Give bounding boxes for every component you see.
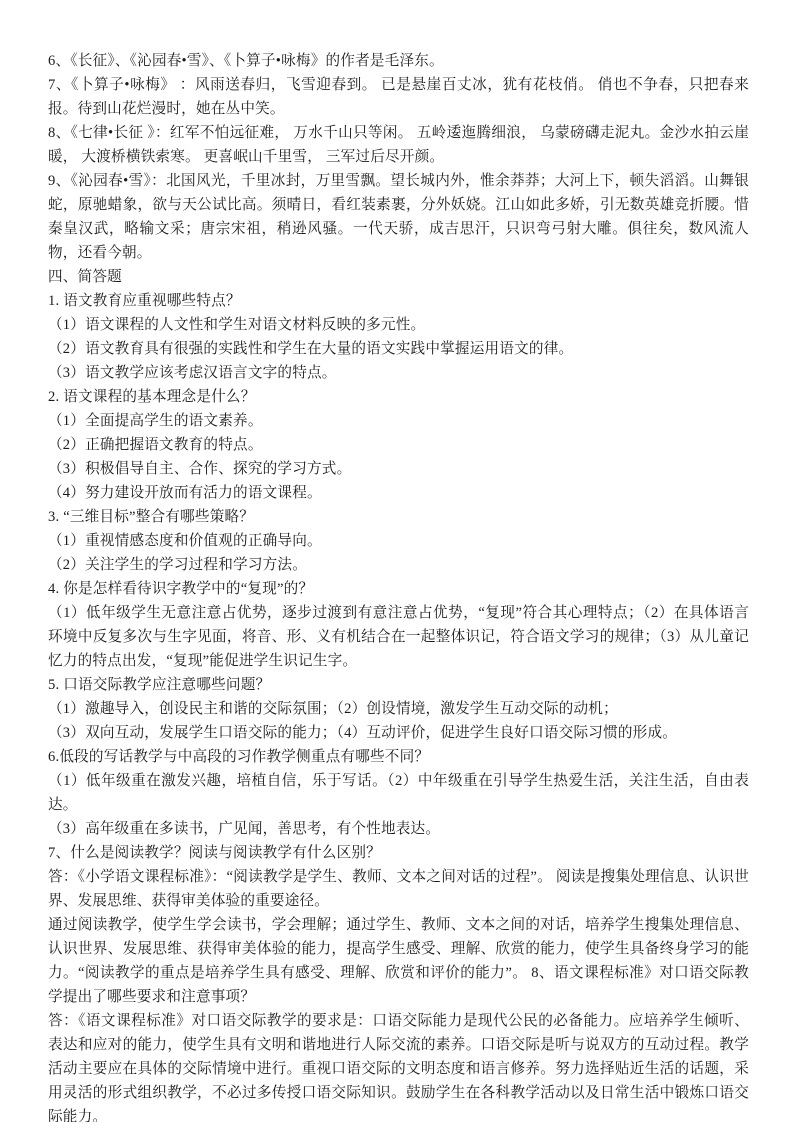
question-2-answer-point-3: （3）积极倡导自主、合作、探究的学习方式。 <box>48 457 749 481</box>
question-6: 6.低段的写话教学与中高段的习作教学侧重点有哪些不同？ <box>48 745 749 769</box>
question-3-answer-point-1: （1）重视情感态度和价值观的正确导向。 <box>48 529 749 553</box>
question-2: 2. 语文课程的基本理念是什么？ <box>48 385 749 409</box>
question-7: 7、什么是阅读教学？阅读与阅读教学有什么区别？ <box>48 841 749 865</box>
question-5-answer-points-3-4: （3）双向互动，发展学生口语交际的能力；（4）互动评价，促进学生良好口语交际习惯… <box>48 721 749 745</box>
item-7-poem-busuanzi: 7、《卜算子•咏梅》 ：风雨送春归，飞雪迎春到。 已是悬崖百丈冰，犹有花枝俏。 … <box>48 73 749 121</box>
question-1: 1. 语文教育应重视哪些特点？ <box>48 289 749 313</box>
question-2-answer-point-4: （4）努力建设开放而有活力的语文课程。 <box>48 481 749 505</box>
item-6-authors: 6、《长征》、《沁园春•雪》、《卜算子•咏梅》的作者是毛泽东。 <box>48 49 749 73</box>
question-4: 4. 你是怎样看待识字教学中的“复现”的？ <box>48 577 749 601</box>
question-3-answer-point-2: （2）关注学生的学习过程和学习方法。 <box>48 553 749 577</box>
question-1-answer-point-3: （3）语文教学应该考虑汉语言文字的特点。 <box>48 361 749 385</box>
question-5: 5. 口语交际教学应注意哪些问题？ <box>48 673 749 697</box>
document-text-body: 6、《长征》、《沁园春•雪》、《卜算子•咏梅》的作者是毛泽东。 7、《卜算子•咏… <box>48 49 749 1122</box>
question-7-answer-part-2-and-question-8: 通过阅读教学，使学生学会读书，学会理解；通过学生、教师、文本之间的对话，培养学生… <box>48 913 749 1009</box>
item-8-poem-changzheng: 8、《七律•长征 》：红军不怕远征难， 万水千山只等闲。 五岭逶迤腾细浪， 乌蒙… <box>48 121 749 169</box>
section-heading-short-answer: 四、简答题 <box>48 265 749 289</box>
question-1-answer-point-1: （1）语文课程的人文性和学生对语文材料反映的多元性。 <box>48 313 749 337</box>
question-8-answer: 答：《语文课程标准》对口语交际教学的要求是：口语交际能力是现代公民的必备能力。应… <box>48 1009 749 1122</box>
question-3: 3. “三维目标”整合有哪些策略？ <box>48 505 749 529</box>
document-page: 6、《长征》、《沁园春•雪》、《卜算子•咏梅》的作者是毛泽东。 7、《卜算子•咏… <box>0 0 793 1122</box>
question-6-answer-point-3: （3）高年级重在多读书，广见闻，善思考，有个性地表达。 <box>48 817 749 841</box>
question-4-answer: （1）低年级学生无意注意占优势，逐步过渡到有意注意占优势，“复现”符合其心理特点… <box>48 601 749 673</box>
item-9-poem-qinyuanchun-xue: 9、《沁园春•雪》：北国风光，千里冰封，万里雪飘。望长城内外，惟余莽莽；大河上下… <box>48 169 749 265</box>
question-5-answer-points-1-2: （1）激趣导入，创设民主和谐的交际氛围；（2）创设情境，激发学生互动交际的动机； <box>48 697 749 721</box>
question-2-answer-point-2: （2）正确把握语文教育的特点。 <box>48 433 749 457</box>
question-6-answer-points-1-2: （1）低年级重在激发兴趣，培植自信，乐于写话。（2）中年级重在引导学生热爱生活，… <box>48 769 749 817</box>
question-7-answer-part-1: 答：《小学语文课程标准》：“阅读教学是学生、教师、文本之间对话的过程”。 阅读是… <box>48 865 749 913</box>
question-2-answer-point-1: （1）全面提高学生的语文素养。 <box>48 409 749 433</box>
question-1-answer-point-2: （2）语文教育具有很强的实践性和学生在大量的语文实践中掌握运用语文的律。 <box>48 337 749 361</box>
